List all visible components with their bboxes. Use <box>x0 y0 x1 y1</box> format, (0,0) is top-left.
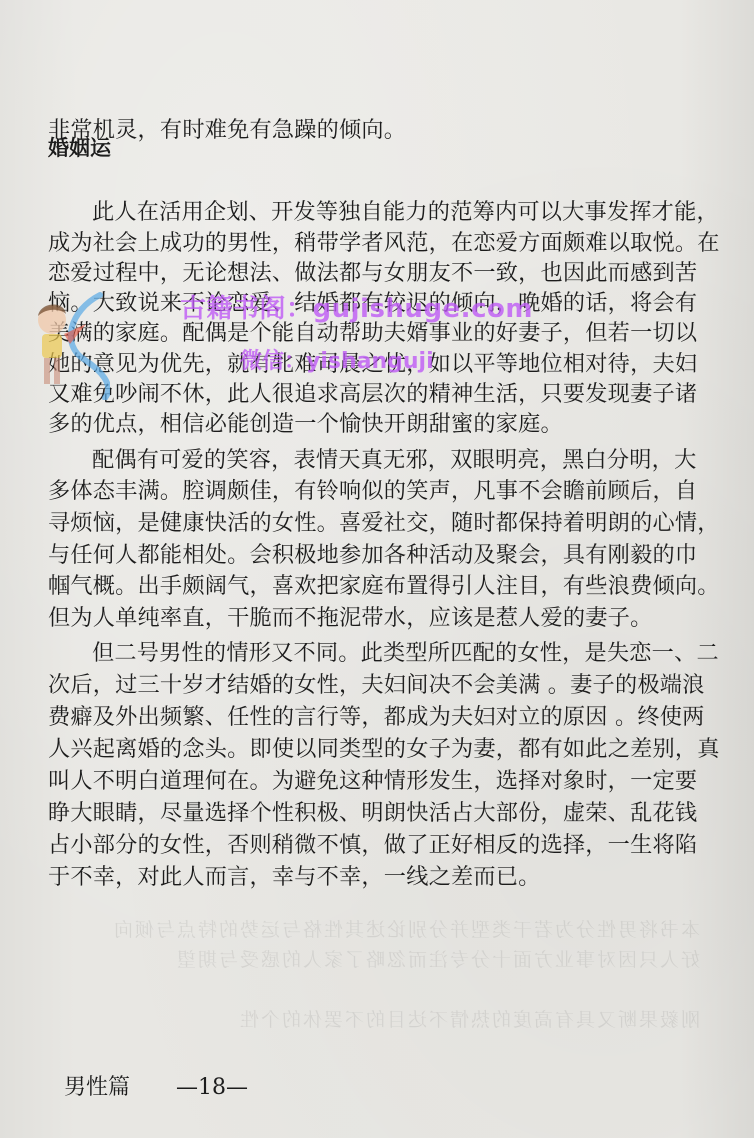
paragraph-line: 成为社会上成功的男性，稍带学者风范，在恋爱方面颇难以取悦。在 <box>48 228 720 258</box>
bleed-through-text: 好人只因对事业方面十分专注而忽略了家人的感受与期望 <box>60 945 700 972</box>
paragraph-line: 多的优点，相信必能创造一个愉快开朗甜蜜的家庭。 <box>48 409 563 439</box>
paragraph-line: 又难免吵闹不休，此人很追求高层次的精神生活，只要发现妻子诸 <box>48 379 697 409</box>
paragraph-line: 与任何人都能相处。会积极地参加各种活动及聚会，具有刚毅的巾 <box>48 540 697 570</box>
page-footer: 男性篇—18— <box>64 1070 248 1101</box>
page-number: —18— <box>176 1075 248 1100</box>
paragraph-line: 寻烦恼，是健康快活的女性。喜爱社交，随时都保持着明朗的心情， <box>48 508 720 538</box>
bleed-through-text: 本书将男性分为若干类型并分别论述其性格与运势的特点与倾向 <box>60 915 700 942</box>
paragraph-line: 美满的家庭。配偶是个能自动帮助夫婿事业的好妻子，但若一切以 <box>48 318 697 348</box>
paragraph-line: 但二号男性的情形又不同。此类型所匹配的女性，是失恋一、二 <box>92 638 719 668</box>
paragraph-line: 占小部分的女性，否则稍微不慎，做了正好相反的选择，一生将陷 <box>48 830 697 860</box>
paragraph-line: 睁大眼睛，尽量选择个性积极、明朗快活占大部份，虚荣、乱花钱 <box>48 798 697 828</box>
paragraph-line: 她的意见为优先，就有牝难司晨之忧，如以平等地位相对待，夫妇 <box>48 349 697 379</box>
paragraph-line: 次后，过三十岁才结婚的女性，夫妇间决不会美满 。妻子的极端浪 <box>48 670 705 700</box>
paragraph-line: 人兴起离婚的念头。即使以同类型的女子为妻，都有如此之差别，真 <box>48 734 720 764</box>
paragraph-line: 于不幸，对此人而言，幸与不幸，一线之差而已。 <box>48 862 541 892</box>
paragraph-line: 费癖及外出频繁、任性的言行等，都成为夫妇对立的原因 。终使两 <box>48 702 705 732</box>
paragraph-line: 此人在活用企划、开发等独自能力的范筹内可以大事发挥才能， <box>92 197 719 227</box>
paragraph-line: 配偶有可爱的笑容，表情天真无邪，双眼明亮，黑白分明，大 <box>92 445 696 475</box>
paragraph-line: 帼气概。出手颇阔气，喜欢把家庭布置得引人注目，有些浪费倾向。 <box>48 571 720 601</box>
paragraph-line: 但为人单纯率直，干脆而不拖泥带水，应该是惹人爱的妻子。 <box>48 603 652 633</box>
section-heading: 婚姻运 <box>48 132 111 162</box>
bleed-through-text: 刚毅果断又具有高度的热情不达目的不罢休的个性 <box>60 1005 700 1032</box>
paragraph-line: 多体态丰满。腔调颇佳，有铃响似的笑声，凡事不会瞻前顾后，自 <box>48 476 697 506</box>
paragraph-line: 恋爱过程中，无论想法、做法都与女朋友不一致，也因此而感到苦 <box>48 258 697 288</box>
section-label: 男性篇 <box>64 1075 130 1100</box>
scanned-book-page: 本书将男性分为若干类型并分别论述其性格与运势的特点与倾向 好人只因对事业方面十分… <box>0 0 754 1138</box>
paragraph-line: 叫人不明白道理何在。为避免这种情形发生，选择对象时，一定要 <box>48 766 697 796</box>
paragraph-line: 恼。大致说来不论恋爱、结婚都有较迟的倾向，晚婚的话，将会有 <box>48 288 697 318</box>
